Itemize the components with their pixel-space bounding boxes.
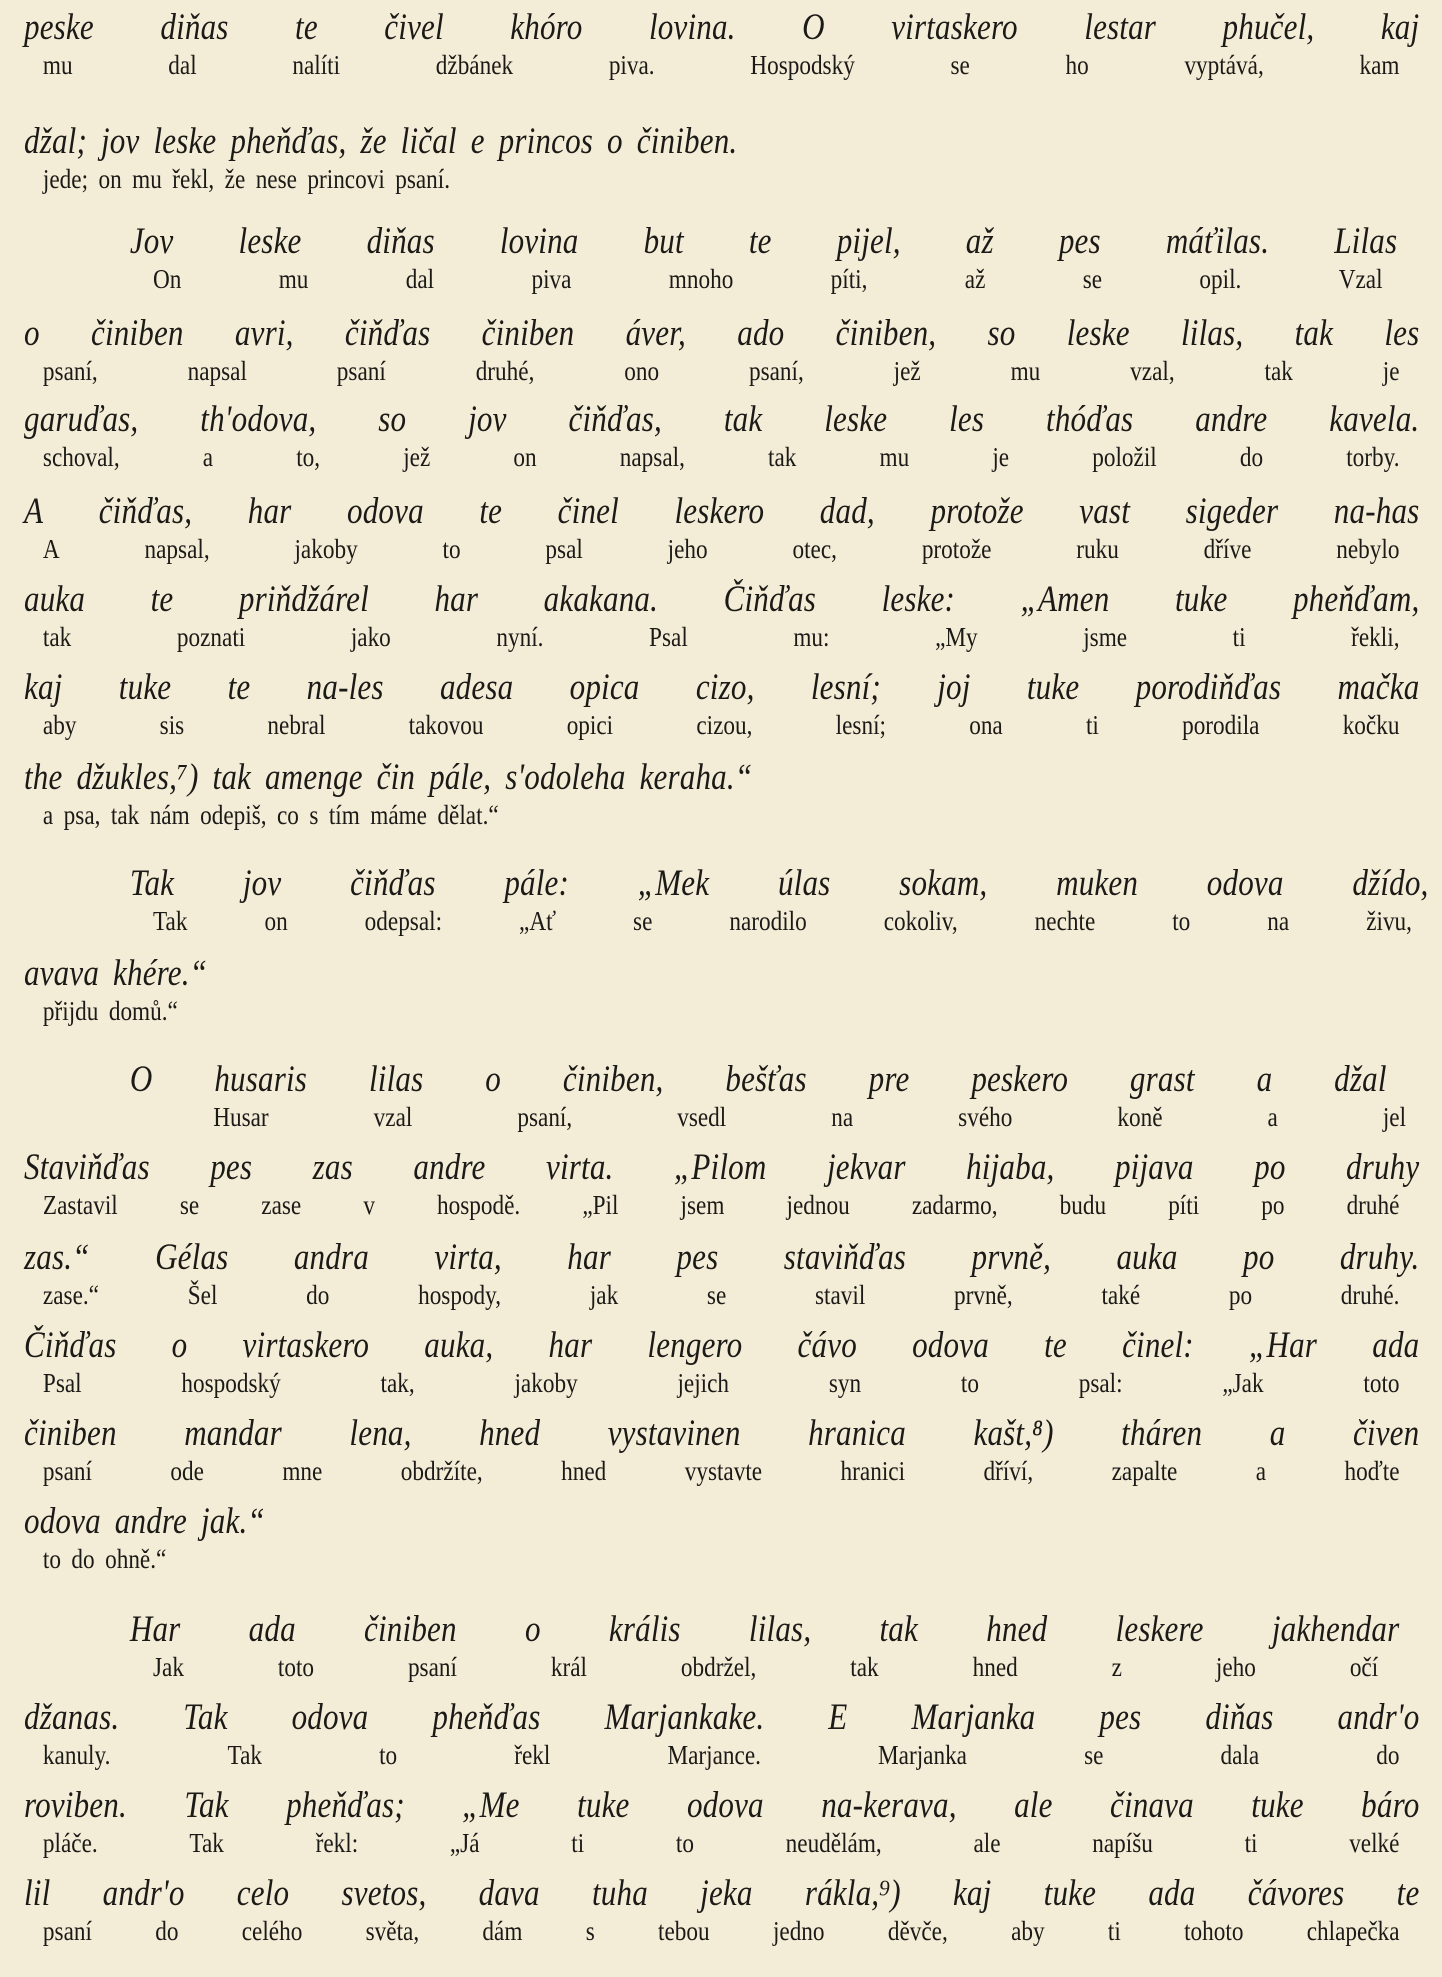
line-pair-3: Jovleskediňaslovinabuttepijel,ažpesmáťil…: [24, 220, 1420, 296]
word: Husar: [213, 1100, 268, 1134]
word: nyní.: [496, 620, 543, 654]
word: prvně,: [954, 1278, 1013, 1312]
word: hospody,: [418, 1278, 501, 1312]
word: Šel: [188, 1278, 218, 1312]
romani-line: Ohusarislilasočiniben,bešťasprepeskerogr…: [24, 1058, 1442, 1102]
word: vast: [1079, 490, 1130, 534]
word: schoval,: [43, 440, 120, 474]
word: že: [360, 120, 386, 164]
word: přijdu: [43, 994, 98, 1028]
word: báro: [1361, 1784, 1419, 1828]
word: husaris: [214, 1058, 307, 1102]
word: to,: [296, 440, 320, 474]
word: jak.“: [201, 1500, 265, 1544]
word: torby.: [1346, 440, 1399, 474]
czech-line: Psalhospodskýtak,jakobyjejichsyntopsal:„…: [24, 1366, 1400, 1400]
czech-line: schoval,ato,ježonnapsal,takmujepoložildo…: [24, 440, 1400, 474]
word: aby: [1011, 1914, 1045, 1948]
romani-line: garuďas,th'odova,sojovčiňďas,takleskeles…: [24, 398, 1419, 442]
romani-line: aukatepriňdžárelharakakana.Čiňďasleske:„…: [24, 578, 1419, 622]
word: te: [1397, 1872, 1420, 1916]
word: amenge: [265, 756, 363, 800]
word: jako: [351, 620, 391, 654]
word: „Pil: [582, 1188, 618, 1222]
word: ale: [1014, 1784, 1052, 1828]
word: prvně,: [971, 1236, 1051, 1280]
word: ho: [1066, 48, 1089, 82]
word: Čiňďas: [724, 578, 816, 622]
word: thóďas: [1046, 398, 1133, 442]
word: „Me: [462, 1784, 519, 1828]
word: čiňďas: [345, 312, 431, 356]
word: tak: [1295, 312, 1333, 356]
word: syn: [829, 1366, 861, 1400]
word: to: [1172, 904, 1190, 938]
word: a: [1256, 1454, 1266, 1488]
word: princos: [499, 120, 593, 164]
word: psaní,: [749, 354, 804, 388]
word: grast: [1130, 1058, 1195, 1102]
word: te: [151, 578, 174, 622]
word: pes: [210, 1146, 252, 1190]
czech-line: todoohně.“: [24, 1542, 1400, 1576]
word: po: [1229, 1278, 1252, 1312]
word: Tak: [130, 862, 174, 906]
word: dal: [168, 48, 196, 82]
word: neudělám,: [786, 1826, 882, 1860]
word: ti: [1233, 620, 1246, 654]
word: jsem: [681, 1188, 725, 1222]
word: ličal: [401, 120, 457, 164]
word: psaní: [43, 1914, 92, 1948]
word: har: [567, 1236, 611, 1280]
word: jede;: [43, 162, 88, 196]
word: ada: [1148, 1872, 1195, 1916]
word: priňdžárel: [239, 578, 369, 622]
word: e: [471, 120, 485, 164]
word: dám: [482, 1914, 522, 1948]
word: činiben: [364, 1608, 457, 1652]
word: diňas: [160, 6, 228, 50]
word: staviňďas: [784, 1236, 906, 1280]
word: mu: [880, 440, 910, 474]
word: rákla,⁹): [805, 1872, 901, 1916]
word: toto: [278, 1650, 314, 1684]
word: cizou,: [696, 708, 752, 742]
czech-line: Onmudalpivamnohopíti,ažseopil.Vzalmu: [24, 262, 1442, 296]
word: se: [951, 48, 970, 82]
word: chlapečka: [1307, 1914, 1400, 1948]
word: Jak: [153, 1650, 184, 1684]
word: ti: [1086, 708, 1099, 742]
word: lilas: [369, 1058, 423, 1102]
word: kočku: [1343, 708, 1400, 742]
word: jekvar: [827, 1146, 906, 1190]
romani-line: kajtuketena-lesadesaopicacizo,lesní;jojt…: [24, 666, 1419, 710]
word: jel: [1383, 1100, 1406, 1134]
word: pheňďas;: [286, 1784, 405, 1828]
word: hoďte: [1345, 1454, 1400, 1488]
word: se: [1083, 262, 1102, 296]
word: činel: [558, 490, 619, 534]
word: otec,: [792, 532, 836, 566]
word: avava: [24, 952, 99, 996]
czech-line: psaní,napsalpsanídruhé,onopsaní,ježmuvza…: [24, 354, 1400, 388]
word: o: [24, 312, 40, 356]
word: jakoby: [514, 1366, 577, 1400]
line-pair-6: Ačiňďas,harodovatečinelleskerodad,protož…: [24, 490, 1420, 566]
word: andra: [294, 1236, 369, 1280]
word: leske: [239, 220, 302, 264]
word: ono: [624, 354, 659, 388]
word: tak: [1265, 354, 1293, 388]
word: mu: [43, 48, 73, 82]
word: porodiňďas: [1136, 666, 1282, 710]
line-pair-11: avavakhére.“ přijdudomů.“: [24, 952, 1420, 1028]
word: tuke: [1251, 1784, 1303, 1828]
word: čivel: [384, 6, 443, 50]
word: cizo,: [696, 666, 755, 710]
word: psaní,: [43, 354, 98, 388]
word: dělat.“: [437, 798, 498, 832]
word: živu,: [1366, 904, 1412, 938]
word: obdržíte,: [401, 1454, 483, 1488]
word: psaní,: [517, 1100, 572, 1134]
word: te: [228, 666, 251, 710]
word: to: [43, 1542, 61, 1576]
word: auka: [24, 578, 85, 622]
word: „Amen: [1021, 578, 1110, 622]
word: psal:: [1079, 1366, 1123, 1400]
line-pair-9: thedžukles,⁷)takamengečinpále,s'odolehak…: [24, 756, 1420, 832]
word: opici: [567, 708, 613, 742]
word: mnoho: [669, 262, 734, 296]
word: lestar: [1084, 6, 1156, 50]
word: tebou: [658, 1914, 710, 1948]
word: činiben: [24, 1412, 117, 1456]
word: Psal: [43, 1366, 82, 1400]
word: Zastavil: [43, 1188, 118, 1222]
word: cokoliv,: [884, 904, 958, 938]
word: piva.: [609, 48, 655, 82]
czech-line: pláče.Takřekl:„Játitoneudělám,alenapíšut…: [24, 1826, 1400, 1860]
word: nalíti: [292, 48, 340, 82]
word: lilas,: [1181, 312, 1243, 356]
word: tak: [213, 756, 251, 800]
word: pheňďas,: [230, 120, 346, 164]
word: jejich: [677, 1366, 729, 1400]
word: leske: [1067, 312, 1130, 356]
word: on: [264, 904, 287, 938]
word: celo: [237, 1872, 289, 1916]
line-pair-2: džal;jovleskepheňďas,želičaleprincosočin…: [24, 120, 1420, 196]
word: O: [802, 6, 825, 50]
line-pair-10: Takjovčiňďaspále:„Mekúlassokam,mukenodov…: [24, 862, 1420, 938]
word: princovi: [307, 162, 384, 196]
word: psaní: [408, 1650, 457, 1684]
word: do: [1240, 440, 1263, 474]
czech-line: psanídoceléhosvěta,dámsteboujednoděvče,a…: [24, 1914, 1400, 1948]
word: tohoto: [1184, 1914, 1243, 1948]
word: zas.“: [24, 1236, 90, 1280]
word: na: [1267, 904, 1289, 938]
word: „My: [935, 620, 978, 654]
romani-line: džal;jovleskepheňďas,želičaleprincosočin…: [24, 120, 1419, 164]
word: lovina: [500, 220, 579, 264]
word: Gélas: [155, 1236, 228, 1280]
word: až: [966, 220, 994, 264]
word: pijava: [1115, 1146, 1194, 1190]
word: les: [1384, 312, 1419, 356]
word: pále:: [504, 862, 569, 906]
word: a: [1270, 1412, 1286, 1456]
word: virta.: [546, 1146, 613, 1190]
word: svetos,: [341, 1872, 426, 1916]
word: so: [378, 398, 406, 442]
word: lengero: [647, 1324, 742, 1368]
word: čávo: [798, 1324, 857, 1368]
word: svého: [958, 1100, 1012, 1134]
word: napsal,: [620, 440, 685, 474]
word: opil.: [1199, 262, 1241, 296]
word: tuke: [577, 1784, 629, 1828]
word: kašt,⁸): [973, 1412, 1053, 1456]
romani-line: Takjovčiňďaspále:„Mekúlassokam,mukenodov…: [24, 862, 1442, 906]
romani-line: peskediňastečivelkhórolovina.Ovirtaskero…: [24, 6, 1419, 50]
word: O: [130, 1058, 153, 1102]
word: kaj: [1381, 6, 1419, 50]
word: Staviňďas: [24, 1146, 150, 1190]
word: tuke: [1044, 1872, 1096, 1916]
word: čávores: [1248, 1872, 1345, 1916]
word: Čiňďas: [24, 1324, 116, 1368]
word: tuke: [1175, 578, 1227, 622]
word: dal: [406, 262, 434, 296]
czech-line: Jaktotopsaníkrálobdržel,takhnedzjehoočís…: [24, 1650, 1442, 1684]
word: jakoby: [294, 532, 357, 566]
word: je: [992, 440, 1009, 474]
word: dříve: [1204, 532, 1252, 566]
word: but: [644, 220, 684, 264]
word: tuha: [592, 1872, 648, 1916]
word: andr'o: [1338, 1696, 1420, 1740]
czech-line: psaníodemneobdržíte,hnedvystavtehranicid…: [24, 1454, 1400, 1488]
word: hned: [479, 1412, 540, 1456]
word: a: [203, 440, 213, 474]
word: ti: [571, 1826, 584, 1860]
czech-line: zase.“Šeldohospody,jaksestavilprvně,také…: [24, 1278, 1400, 1312]
line-pair-4: očinibenavri,čiňďasčinibenáver,adočinibe…: [24, 312, 1420, 388]
word: celého: [242, 1914, 303, 1948]
word: khére.“: [113, 952, 207, 996]
word: tak: [880, 1608, 918, 1652]
word: so: [988, 312, 1016, 356]
line-pair-18: Haradačinibenokrálislilas,takhnedleskere…: [24, 1608, 1420, 1684]
romani-line: činibenmandarlena,hnedvystavinenhranicak…: [24, 1412, 1419, 1456]
word: jsme: [1083, 620, 1127, 654]
word: sokam,: [899, 862, 987, 906]
word: odepsal:: [365, 904, 442, 938]
word: „Har: [1249, 1324, 1317, 1368]
word: džal;: [24, 120, 87, 164]
line-pair-20: roviben.Takpheňďas;„Metukeodovana-kerava…: [24, 1784, 1420, 1860]
word: lovina.: [649, 6, 736, 50]
word: až: [965, 262, 986, 296]
word: zadarmo,: [912, 1188, 998, 1222]
word: čiňďas,: [569, 398, 662, 442]
word: protože: [930, 490, 1023, 534]
word: har: [248, 490, 292, 534]
word: te: [749, 220, 772, 264]
word: čiňďas,: [99, 490, 192, 534]
word: tak: [768, 440, 796, 474]
word: odova: [687, 1784, 764, 1828]
word: světa,: [366, 1914, 420, 1948]
word: tak: [111, 798, 139, 832]
word: jakhendar: [1272, 1608, 1400, 1652]
word: džukles,⁷): [76, 756, 198, 800]
word: stavil: [815, 1278, 865, 1312]
word: nechte: [1035, 904, 1096, 938]
word: jež: [403, 440, 430, 474]
word: je: [1383, 354, 1400, 388]
word: velké: [1349, 1826, 1399, 1860]
word: mu: [1011, 354, 1041, 388]
word: obdržel,: [681, 1650, 756, 1684]
word: píti: [1168, 1188, 1199, 1222]
word: děvče,: [888, 1914, 948, 1948]
word: leskere: [1116, 1608, 1204, 1652]
word: ode: [170, 1454, 204, 1488]
word: ti: [1108, 1914, 1121, 1948]
word: a: [43, 798, 53, 832]
word: odova: [24, 1500, 101, 1544]
czech-line: abysisnebraltakovouopicicizou,lesní;onat…: [24, 708, 1400, 742]
word: vzal: [374, 1100, 413, 1134]
word: pijel,: [837, 220, 901, 264]
word: Tak: [184, 1784, 228, 1828]
word: jeho: [668, 532, 708, 566]
word: kaj: [953, 1872, 991, 1916]
word: o: [485, 1058, 501, 1102]
line-pair-17: odovaandrejak.“ todoohně.“: [24, 1500, 1420, 1576]
word: opica: [570, 666, 640, 710]
word: dala: [1221, 1738, 1260, 1772]
word: porodila: [1182, 708, 1259, 742]
word: dad,: [820, 490, 875, 534]
word: sigeder: [1186, 490, 1279, 534]
word: hranica: [808, 1412, 906, 1456]
czech-line: Anapsal,jakobytopsaljehootec,protožeruku…: [24, 532, 1400, 566]
word: druhy: [1346, 1146, 1419, 1190]
word: Tak: [153, 904, 187, 938]
word: poznati: [177, 620, 245, 654]
word: mu: [279, 262, 309, 296]
word: čin: [377, 756, 415, 800]
word: kaj: [24, 666, 62, 710]
word: do: [155, 1914, 178, 1948]
word: A: [24, 490, 43, 534]
word: sis: [160, 708, 185, 742]
word: píti,: [831, 262, 868, 296]
word: ruku: [1076, 532, 1119, 566]
line-pair-12: Ohusarislilasočiniben,bešťasprepeskerogr…: [24, 1058, 1420, 1134]
word: psaní: [43, 1454, 92, 1488]
word: džanas.: [24, 1696, 119, 1740]
word: budu: [1060, 1188, 1106, 1222]
word: tím: [329, 798, 360, 832]
romani-line: Haradačinibenokrálislilas,takhnedleskere…: [24, 1608, 1442, 1652]
word: to: [676, 1826, 694, 1860]
word: to: [379, 1738, 397, 1772]
word: řekl:: [316, 1826, 359, 1860]
word: peske: [24, 6, 94, 50]
word: odepiš,: [200, 798, 266, 832]
romani-line: očinibenavri,čiňďasčinibenáver,adočinibe…: [24, 312, 1419, 356]
word: andre: [413, 1146, 485, 1190]
romani-line: Staviňďaspeszasandrevirta.„Pilomjekvarhi…: [24, 1146, 1419, 1190]
word: „Já: [450, 1826, 480, 1860]
line-pair-21: lilandr'ocelosvetos,davatuhajekarákla,⁹)…: [24, 1872, 1420, 1948]
word: tak,: [381, 1366, 415, 1400]
word: z: [1112, 1650, 1122, 1684]
word: „Mek: [638, 862, 709, 906]
czech-line: apsa,taknámodepiš,costímmámedělat.“: [24, 798, 1400, 832]
word: keraha.“: [640, 756, 753, 800]
word: hijaba,: [966, 1146, 1054, 1190]
word: les: [949, 398, 984, 442]
word: „Ať: [519, 904, 556, 938]
word: tak: [724, 398, 762, 442]
word: ale: [973, 1826, 1000, 1860]
word: te: [295, 6, 318, 50]
word: muken: [1056, 862, 1138, 906]
word: ti: [1245, 1826, 1258, 1860]
word: vystavte: [685, 1454, 762, 1488]
word: do: [306, 1278, 329, 1312]
word: činava: [1110, 1784, 1194, 1828]
line-pair-8: kajtuketena-lesadesaopicacizo,lesní;jojt…: [24, 666, 1420, 742]
word: har: [434, 578, 478, 622]
word: tuke: [119, 666, 171, 710]
word: mu:: [793, 620, 829, 654]
line-pair-13: Staviňďaspeszasandrevirta.„Pilomjekvarhi…: [24, 1146, 1420, 1222]
word: khóro: [510, 6, 582, 50]
word: odova: [1207, 862, 1284, 906]
word: to: [443, 532, 461, 566]
word: akakana.: [544, 578, 658, 622]
word: činel:: [1122, 1324, 1194, 1368]
word: „Pilom: [674, 1146, 767, 1190]
word: hned: [973, 1650, 1018, 1684]
word: lesní;: [836, 708, 886, 742]
word: jednou: [787, 1188, 850, 1222]
word: Marjankake.: [605, 1696, 765, 1740]
word: lena,: [349, 1412, 411, 1456]
word: nebral: [267, 708, 325, 742]
word: o: [607, 120, 623, 164]
word: jeka: [700, 1872, 752, 1916]
word: džal: [1334, 1058, 1386, 1102]
word: krális: [609, 1608, 681, 1652]
word: činiben: [91, 312, 184, 356]
word: do: [1376, 1738, 1399, 1772]
word: co: [277, 798, 299, 832]
word: ada: [1372, 1324, 1419, 1368]
word: pre: [869, 1058, 910, 1102]
word: hospodě.: [437, 1188, 520, 1222]
word: s: [586, 1914, 595, 1948]
